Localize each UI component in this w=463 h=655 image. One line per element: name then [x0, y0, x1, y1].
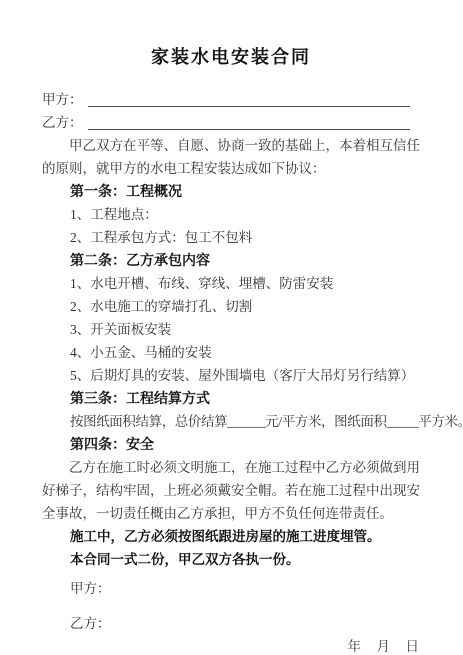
signature-party-b: 乙方：: [42, 612, 420, 635]
party-a-row: 甲方：: [42, 88, 420, 111]
section-2-item: 2、水电施工的穿墙打孔、切割: [42, 295, 420, 318]
intro-paragraph: 甲乙双方在平等、自愿、协商一致的基础上，本着相互信任的原则，就甲方的水电工程安装…: [42, 134, 420, 180]
signature-party-a: 甲方：: [42, 577, 420, 600]
document-title: 家装水电安装合同: [42, 44, 420, 70]
safety-paragraph: 乙方在施工时必须文明施工，在施工过程中乙方必须做到用好梯子，结构牢固，上班必须戴…: [42, 456, 420, 525]
settlement-paragraph: 按图纸面积结算，总价结算______元/平方米，图纸面积_____平方米。: [42, 410, 420, 433]
party-b-label: 乙方：: [42, 111, 83, 134]
section-2-heading: 第二条：乙方承包内容: [42, 249, 420, 272]
section-1-heading: 第一条：工程概况: [42, 180, 420, 203]
party-b-row: 乙方：: [42, 111, 420, 134]
section-2-item: 5、后期灯具的安装、屋外围墙电（客厅大吊灯另行结算）: [42, 364, 420, 387]
date-line: 年 月 日: [42, 635, 420, 655]
section-2-item: 1、水电开槽、布线、穿线、埋槽、防雷安装: [42, 272, 420, 295]
section-4-heading: 第四条：安全: [42, 433, 420, 456]
emphasis-line-pipe-embedding: 施工中，乙方必须按图纸跟进房屋的施工进度埋管。: [42, 525, 420, 548]
section-1-item: 1、工程地点：: [42, 203, 420, 226]
section-3-heading: 第三条：工程结算方式: [42, 387, 420, 410]
party-a-label: 甲方：: [42, 88, 83, 111]
section-1-item: 2、工程承包方式：包工不包料: [42, 226, 420, 249]
emphasis-line-copies: 本合同一式二份，甲乙双方各执一份。: [42, 548, 420, 571]
contract-document-page: 家装水电安装合同 甲方： 乙方： 甲乙双方在平等、自愿、协商一致的基础上，本着相…: [0, 0, 463, 655]
section-2-item: 4、小五金、马桶的安装: [42, 341, 420, 364]
section-2-item: 3、开关面板安装: [42, 318, 420, 341]
party-a-blank-line: [88, 105, 411, 107]
party-b-blank-line: [88, 128, 411, 130]
